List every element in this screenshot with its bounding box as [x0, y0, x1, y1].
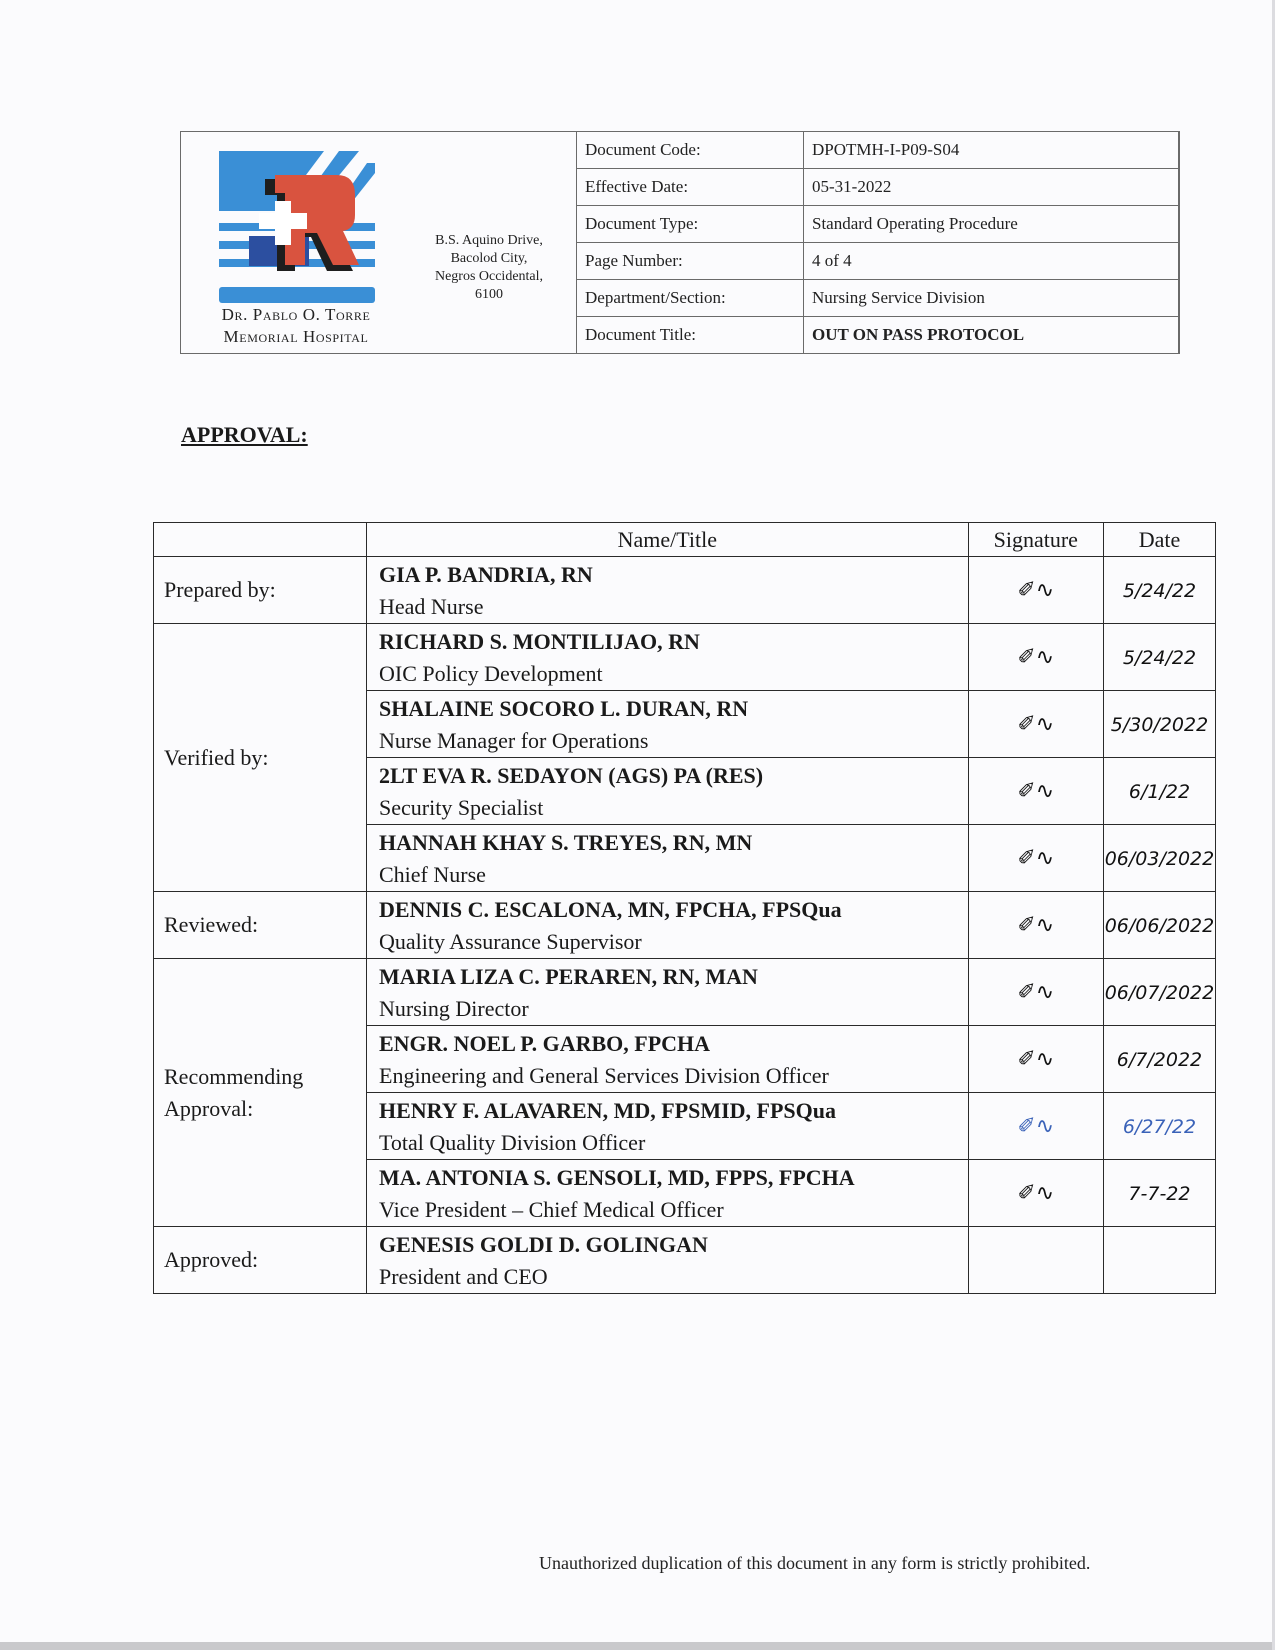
meta-label: Page Number:	[577, 243, 804, 280]
effective-date: 05-31-2022	[804, 169, 1180, 206]
signature-scribble-icon: ✐∿	[1017, 779, 1054, 804]
footer-disclaimer: Unauthorized duplication of this documen…	[539, 1553, 1090, 1574]
table-row: Approved:GENESIS GOLDI D. GOLINGANPresid…	[154, 1227, 1216, 1294]
date-cell: 5/24/22	[1103, 624, 1215, 691]
approval-header-row: Name/Title Signature Date	[154, 523, 1216, 557]
person-name: SHALAINE SOCORO L. DURAN, RN	[379, 691, 968, 725]
person-title: OIC Policy Development	[379, 658, 968, 690]
signature-cell: ✐∿	[968, 1160, 1103, 1227]
signature-cell: ✐∿	[968, 557, 1103, 624]
person-title: Nursing Director	[379, 993, 968, 1025]
handwritten-date: 6/27/22	[1123, 1116, 1196, 1138]
person-title: Quality Assurance Supervisor	[379, 926, 968, 958]
column-header-name-title: Name/Title	[367, 523, 969, 557]
signature-scribble-icon: ✐∿	[1017, 1181, 1054, 1206]
role-label: Prepared by:	[154, 557, 367, 624]
person-name: HANNAH KHAY S. TREYES, RN, MN	[379, 825, 968, 859]
name-title-cell: 2LT EVA R. SEDAYON (AGS) PA (RES)Securit…	[367, 758, 969, 825]
meta-label: Department/Section:	[577, 280, 804, 317]
name-title-cell: RICHARD S. MONTILIJAO, RNOIC Policy Deve…	[367, 624, 969, 691]
date-cell: 6/27/22	[1103, 1093, 1215, 1160]
approval-table: Name/Title Signature Date Prepared by:GI…	[153, 522, 1216, 1294]
document-header: Dr. Pablo O. Torre Memorial Hospital B.S…	[180, 131, 1179, 354]
signature-scribble-icon: ✐∿	[1017, 980, 1054, 1005]
name-title-cell: GENESIS GOLDI D. GOLINGANPresident and C…	[367, 1227, 969, 1294]
signature-scribble-icon: ✐∿	[1017, 712, 1054, 737]
column-header-signature: Signature	[968, 523, 1103, 557]
handwritten-date: 5/24/22	[1123, 580, 1196, 602]
role-label: Verified by:	[154, 624, 367, 892]
document-code: DPOTMH-I-P09-S04	[804, 132, 1180, 169]
signature-cell: ✐∿	[968, 1026, 1103, 1093]
address-line: B.S. Aquino Drive,	[409, 232, 569, 250]
date-cell: 5/24/22	[1103, 557, 1215, 624]
name-title-cell: HANNAH KHAY S. TREYES, RN, MNChief Nurse	[367, 825, 969, 892]
meta-label: Document Code:	[577, 132, 804, 169]
signature-scribble-icon: ✐∿	[1017, 645, 1054, 670]
person-name: MA. ANTONIA S. GENSOLI, MD, FPPS, FPCHA	[379, 1160, 968, 1194]
column-header-role	[154, 523, 367, 557]
address-line: Negros Occidental,	[409, 268, 569, 286]
person-name: HENRY F. ALAVAREN, MD, FPSMID, FPSQua	[379, 1093, 968, 1127]
signature-cell: ✐∿	[968, 825, 1103, 892]
page-number: 4 of 4	[804, 243, 1180, 280]
person-title: Head Nurse	[379, 591, 968, 623]
table-row: Verified by:RICHARD S. MONTILIJAO, RNOIC…	[154, 624, 1216, 691]
hospital-address: B.S. Aquino Drive, Bacolod City, Negros …	[409, 232, 569, 304]
handwritten-date: 06/03/2022	[1105, 848, 1215, 870]
date-cell: 6/7/2022	[1103, 1026, 1215, 1093]
signature-scribble-icon: ✐∿	[1017, 1114, 1054, 1139]
signature-scribble-icon: ✐∿	[1017, 578, 1054, 603]
signature-scribble-icon: ✐∿	[1017, 846, 1054, 871]
approval-heading: APPROVAL:	[181, 422, 308, 448]
role-label: Recommending Approval:	[154, 959, 367, 1227]
column-header-date: Date	[1103, 523, 1215, 557]
handwritten-date: 6/1/22	[1129, 781, 1190, 803]
signature-cell: ✐∿	[968, 691, 1103, 758]
person-title: Vice President – Chief Medical Officer	[379, 1194, 968, 1226]
signature-cell: ✐∿	[968, 624, 1103, 691]
meta-label: Effective Date:	[577, 169, 804, 206]
person-name: GIA P. BANDRIA, RN	[379, 557, 968, 591]
signature-cell: ✐∿	[968, 959, 1103, 1026]
signature-scribble-icon: ✐∿	[1017, 1047, 1054, 1072]
date-cell: 06/07/2022	[1103, 959, 1215, 1026]
table-row: Recommending Approval:MARIA LIZA C. PERA…	[154, 959, 1216, 1026]
date-cell: 5/30/2022	[1103, 691, 1215, 758]
person-title: Total Quality Division Officer	[379, 1127, 968, 1159]
document-type: Standard Operating Procedure	[804, 206, 1180, 243]
meta-row: Department/Section:Nursing Service Divis…	[577, 280, 1180, 317]
name-title-cell: DENNIS C. ESCALONA, MN, FPCHA, FPSQuaQua…	[367, 892, 969, 959]
person-name: RICHARD S. MONTILIJAO, RN	[379, 624, 968, 658]
name-title-cell: MA. ANTONIA S. GENSOLI, MD, FPPS, FPCHAV…	[367, 1160, 969, 1227]
person-title: Chief Nurse	[379, 859, 968, 891]
signature-cell: ✐∿	[968, 758, 1103, 825]
role-label: Approved:	[154, 1227, 367, 1294]
signature-cell	[968, 1227, 1103, 1294]
address-line: 6100	[409, 286, 569, 304]
meta-row: Document Type:Standard Operating Procedu…	[577, 206, 1180, 243]
hospital-name-line2: Memorial Hospital	[193, 326, 399, 348]
person-title: Nurse Manager for Operations	[379, 725, 968, 757]
person-title: Security Specialist	[379, 792, 968, 824]
handwritten-date: 06/07/2022	[1105, 982, 1215, 1004]
hospital-name-line1: Dr. Pablo O. Torre	[193, 304, 399, 326]
meta-label: Document Type:	[577, 206, 804, 243]
person-name: MARIA LIZA C. PERAREN, RN, MAN	[379, 959, 968, 993]
table-row: Reviewed:DENNIS C. ESCALONA, MN, FPCHA, …	[154, 892, 1216, 959]
person-title: Engineering and General Services Divisio…	[379, 1060, 968, 1092]
meta-row: Page Number:4 of 4	[577, 243, 1180, 280]
handwritten-date: 06/06/2022	[1105, 915, 1215, 937]
name-title-cell: HENRY F. ALAVAREN, MD, FPSMID, FPSQuaTot…	[367, 1093, 969, 1160]
role-label: Reviewed:	[154, 892, 367, 959]
person-name: GENESIS GOLDI D. GOLINGAN	[379, 1227, 968, 1261]
date-cell	[1103, 1227, 1215, 1294]
table-row: Prepared by:GIA P. BANDRIA, RNHead Nurse…	[154, 557, 1216, 624]
date-cell: 06/03/2022	[1103, 825, 1215, 892]
date-cell: 6/1/22	[1103, 758, 1215, 825]
signature-scribble-icon: ✐∿	[1017, 913, 1054, 938]
name-title-cell: ENGR. NOEL P. GARBO, FPCHAEngineering an…	[367, 1026, 969, 1093]
handwritten-date: 6/7/2022	[1117, 1049, 1202, 1071]
name-title-cell: MARIA LIZA C. PERAREN, RN, MANNursing Di…	[367, 959, 969, 1026]
hospital-name: Dr. Pablo O. Torre Memorial Hospital	[181, 304, 591, 348]
date-cell: 7-7-22	[1103, 1160, 1215, 1227]
person-title: President and CEO	[379, 1261, 968, 1293]
hospital-logo-icon	[219, 151, 375, 303]
person-name: 2LT EVA R. SEDAYON (AGS) PA (RES)	[379, 758, 968, 792]
person-name: ENGR. NOEL P. GARBO, FPCHA	[379, 1026, 968, 1060]
meta-label: Document Title:	[577, 317, 804, 354]
meta-row: Effective Date:05-31-2022	[577, 169, 1180, 206]
date-cell: 06/06/2022	[1103, 892, 1215, 959]
handwritten-date: 5/30/2022	[1111, 714, 1208, 736]
meta-row: Document Title:OUT ON PASS PROTOCOL	[577, 317, 1180, 354]
scan-edge	[0, 1642, 1275, 1650]
person-name: DENNIS C. ESCALONA, MN, FPCHA, FPSQua	[379, 892, 968, 926]
signature-cell: ✐∿	[968, 1093, 1103, 1160]
name-title-cell: GIA P. BANDRIA, RNHead Nurse	[367, 557, 969, 624]
document-meta-table: Document Code:DPOTMH-I-P09-S04 Effective…	[576, 131, 1180, 354]
document-title: OUT ON PASS PROTOCOL	[804, 317, 1180, 354]
handwritten-date: 5/24/22	[1123, 647, 1196, 669]
name-title-cell: SHALAINE SOCORO L. DURAN, RNNurse Manage…	[367, 691, 969, 758]
address-line: Bacolod City,	[409, 250, 569, 268]
handwritten-date: 7-7-22	[1128, 1183, 1190, 1205]
department-section: Nursing Service Division	[804, 280, 1180, 317]
meta-row: Document Code:DPOTMH-I-P09-S04	[577, 132, 1180, 169]
signature-cell: ✐∿	[968, 892, 1103, 959]
